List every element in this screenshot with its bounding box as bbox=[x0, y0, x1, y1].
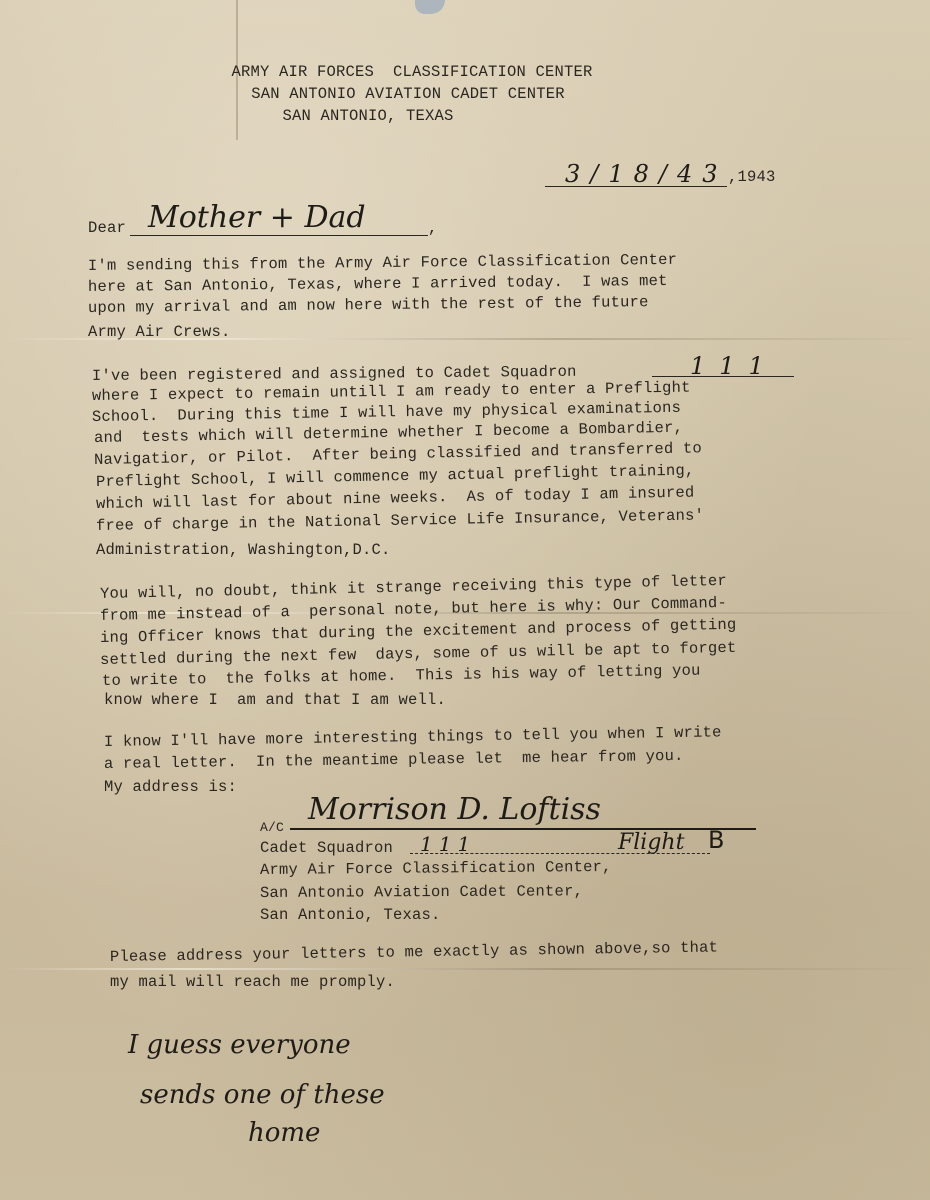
address-flight-letter: B bbox=[708, 826, 724, 854]
salutation-underline bbox=[130, 235, 428, 236]
letterhead-line-1: ARMY AIR FORCES CLASSIFICATION CENTER bbox=[0, 62, 832, 83]
text-line: Please address your letters to me exactl… bbox=[110, 937, 718, 967]
letter-page: ARMY AIR FORCES CLASSIFICATION CENTER SA… bbox=[0, 0, 930, 1200]
letterhead-line-2: SAN ANTONIO AVIATION CADET CENTER bbox=[0, 84, 828, 105]
cadet-name-handwritten: Morrison D. Loftiss bbox=[308, 792, 601, 827]
address-squadron-handwritten: 111 bbox=[420, 832, 476, 856]
address-line-5: San Antonio, Texas. bbox=[260, 905, 441, 926]
address-line-4: San Antonio Aviation Cadet Center, bbox=[260, 881, 583, 903]
name-underline bbox=[290, 828, 756, 830]
address-ac-label: A/C bbox=[260, 818, 284, 839]
date-year: ,1943 bbox=[728, 167, 776, 188]
text-line: Administration, Washington,D.C. bbox=[96, 540, 391, 561]
text-line: Army Air Crews. bbox=[88, 322, 231, 343]
note-line: home bbox=[248, 1118, 320, 1148]
paper-fold bbox=[0, 968, 930, 970]
squadron-number-handwritten: 111 bbox=[690, 352, 778, 380]
salutation-comma: , bbox=[428, 218, 438, 239]
paper-tear bbox=[415, 0, 445, 14]
address-squadron-label: Cadet Squadron bbox=[260, 838, 393, 859]
note-line: I guess everyone bbox=[128, 1030, 351, 1060]
salutation-prefix: Dear bbox=[88, 218, 126, 239]
note-line: sends one of these bbox=[140, 1080, 385, 1110]
address-line-3: Army Air Force Classification Center, bbox=[260, 857, 612, 881]
text-line: know where I am and that I am well. bbox=[104, 690, 446, 711]
salutation-name-handwritten: Mother + Dad bbox=[148, 200, 366, 235]
letterhead-line-3: SAN ANTONIO, TEXAS bbox=[0, 106, 788, 127]
text-line: my mail will reach me promply. bbox=[110, 972, 395, 993]
date-handwritten: 3/18/43 bbox=[565, 160, 728, 188]
address-flight-handwritten: Flight bbox=[618, 830, 684, 855]
text-line: My address is: bbox=[104, 777, 237, 798]
